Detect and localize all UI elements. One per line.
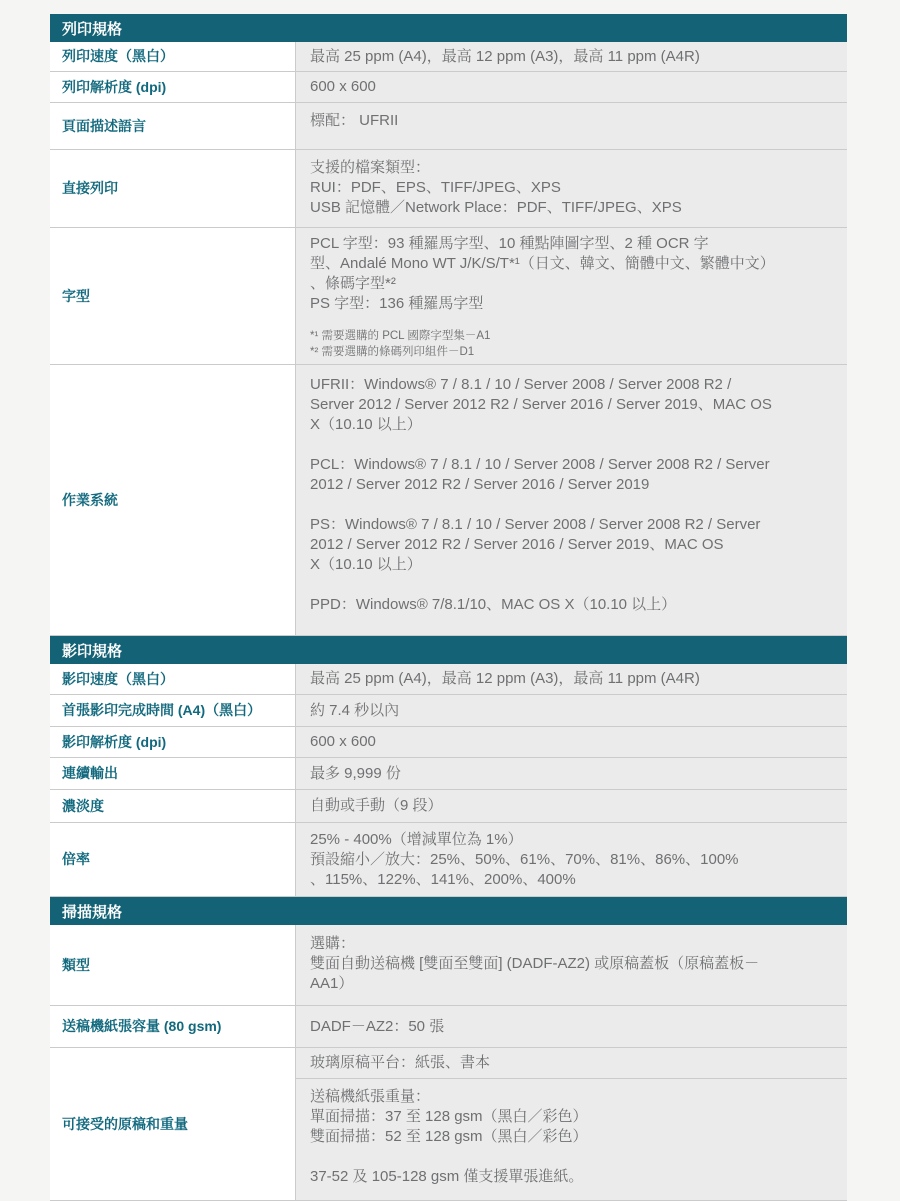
spec-label: 倍率 xyxy=(50,823,295,896)
spec-value-line: PS 字型：136 種羅馬字型 xyxy=(310,294,835,314)
os-paragraph-ppd: PPD：Windows® 7/8.1/10、MAC OS X（10.10 以上） xyxy=(310,595,835,615)
spec-value-line: 最高 25 ppm (A4)，最高 12 ppm (A3)，最高 11 ppm … xyxy=(310,47,835,67)
spec-row-fonts: 字型 PCL 字型：93 種羅馬字型、10 種點陣圖字型、2 種 OCR 字 型… xyxy=(50,228,847,365)
spec-value-line: X（10.10 以上） xyxy=(310,415,835,435)
spec-value-line: PS：Windows® 7 / 8.1 / 10 / Server 2008 /… xyxy=(310,515,835,535)
spec-value: DADF－AZ2：50 張 xyxy=(295,1006,847,1047)
spec-value-line: 雙面掃描：52 至 128 gsm（黑白／彩色） xyxy=(310,1127,835,1147)
spec-value-line: PCL 字型：93 種羅馬字型、10 種點陣圖字型、2 種 OCR 字 xyxy=(310,234,835,254)
spec-value-line: 、115%、122%、141%、200%、400% xyxy=(310,870,835,890)
spec-value-line: 玻璃原稿平台：紙張、書本 xyxy=(310,1053,490,1073)
spec-value-line: 雙面自動送稿機 [雙面至雙面] (DADF-AZ2) 或原稿蓋板（原稿蓋板－ xyxy=(310,954,835,974)
os-paragraph-pcl: PCL：Windows® 7 / 8.1 / 10 / Server 2008 … xyxy=(310,455,835,495)
spec-value-line: UFRII：Windows® 7 / 8.1 / 10 / Server 200… xyxy=(310,375,835,395)
spec-value: 約 7.4 秒以內 xyxy=(295,695,847,726)
spec-row-copy-speed: 影印速度（黑白） 最高 25 ppm (A4)，最高 12 ppm (A3)，最… xyxy=(50,664,847,695)
spec-value-line: 支援的檔案類型： xyxy=(310,158,835,178)
spec-value-line: 型、Andalé Mono WT J/K/S/T*¹（日文、韓文、簡體中文、繁體… xyxy=(310,254,835,274)
spec-value: 標配： UFRII xyxy=(295,103,847,149)
spec-value: UFRII：Windows® 7 / 8.1 / 10 / Server 200… xyxy=(295,365,847,635)
spec-row-copy-resolution: 影印解析度 (dpi) 600 x 600 xyxy=(50,727,847,758)
spec-label: 影印解析度 (dpi) xyxy=(50,727,295,757)
spec-label: 送稿機紙張容量 (80 gsm) xyxy=(50,1006,295,1047)
spec-label: 類型 xyxy=(50,925,295,1005)
spec-row-zoom-ratio: 倍率 25% - 400%（增減單位為 1%） 預設縮小／放大：25%、50%、… xyxy=(50,823,847,897)
spec-value-line: 2012 / Server 2012 R2 / Server 2016 / Se… xyxy=(310,535,835,555)
spec-value-line: DADF－AZ2：50 張 xyxy=(310,1017,835,1037)
spec-row-page-description-language: 頁面描述語言 標配： UFRII xyxy=(50,103,847,150)
spec-value-line: 約 7.4 秒以內 xyxy=(310,701,835,721)
spec-row-direct-print: 直接列印 支援的檔案類型： RUI：PDF、EPS、TIFF/JPEG、XPS … xyxy=(50,150,847,228)
spec-value-line: USB 記憶體／Network Place：PDF、TIFF/JPEG、XPS xyxy=(310,198,835,218)
section-header-copy: 影印規格 xyxy=(50,636,847,664)
spec-label: 影印速度（黑白） xyxy=(50,664,295,694)
spec-value: 自動或手動（9 段） xyxy=(295,790,847,822)
section-header-print: 列印規格 xyxy=(50,14,847,42)
spec-value-line: 600 x 600 xyxy=(310,77,835,97)
spec-value-line: PPD：Windows® 7/8.1/10、MAC OS X（10.10 以上） xyxy=(310,595,835,615)
spec-value-line: 2012 / Server 2012 R2 / Server 2016 / Se… xyxy=(310,475,835,495)
spec-label: 可接受的原稿和重量 xyxy=(50,1048,295,1200)
spec-value-line: 25% - 400%（增減單位為 1%） xyxy=(310,830,835,850)
spec-label: 頁面描述語言 xyxy=(50,103,295,149)
spec-row-feeder-capacity: 送稿機紙張容量 (80 gsm) DADF－AZ2：50 張 xyxy=(50,1006,847,1048)
spec-value-line: 標配： UFRII xyxy=(310,111,835,131)
spec-value: 最高 25 ppm (A4)，最高 12 ppm (A3)，最高 11 ppm … xyxy=(295,664,847,694)
spec-label: 直接列印 xyxy=(50,150,295,227)
spec-label: 首張影印完成時間 (A4)（黑白） xyxy=(50,695,295,726)
spec-row-density: 濃淡度 自動或手動（9 段） xyxy=(50,790,847,823)
spec-value-line: 最多 9,999 份 xyxy=(310,764,835,784)
spec-value: PCL 字型：93 種羅馬字型、10 種點陣圖字型、2 種 OCR 字 型、An… xyxy=(295,228,847,364)
spec-row-first-copy-time: 首張影印完成時間 (A4)（黑白） 約 7.4 秒以內 xyxy=(50,695,847,727)
spec-value: 25% - 400%（增減單位為 1%） 預設縮小／放大：25%、50%、61%… xyxy=(295,823,847,896)
spec-label: 列印解析度 (dpi) xyxy=(50,72,295,102)
os-paragraph-ufrii: UFRII：Windows® 7 / 8.1 / 10 / Server 200… xyxy=(310,375,835,435)
spec-label: 濃淡度 xyxy=(50,790,295,822)
spec-value: 最高 25 ppm (A4)，最高 12 ppm (A3)，最高 11 ppm … xyxy=(295,42,847,71)
spec-value: 600 x 600 xyxy=(295,72,847,102)
spec-label: 字型 xyxy=(50,228,295,364)
spec-value-line: 選購： xyxy=(310,934,835,954)
os-paragraph-ps: PS：Windows® 7 / 8.1 / 10 / Server 2008 /… xyxy=(310,515,835,575)
spec-value-line: Server 2012 / Server 2012 R2 / Server 20… xyxy=(310,395,835,415)
section-header-scan: 掃描規格 xyxy=(50,897,847,925)
spec-label: 列印速度（黑白） xyxy=(50,42,295,71)
spec-value-line: 預設縮小／放大：25%、50%、61%、70%、81%、86%、100% xyxy=(310,850,835,870)
spec-row-continuous-output: 連續輸出 最多 9,999 份 xyxy=(50,758,847,790)
spec-value: 支援的檔案類型： RUI：PDF、EPS、TIFF/JPEG、XPS USB 記… xyxy=(295,150,847,227)
spec-value-line: RUI：PDF、EPS、TIFF/JPEG、XPS xyxy=(310,178,835,198)
spec-label: 作業系統 xyxy=(50,365,295,635)
spec-row-acceptable-originals: 可接受的原稿和重量 玻璃原稿平台：紙張、書本 送稿機紙張重量： 單面掃描：37 … xyxy=(50,1048,847,1201)
spec-table: 列印規格 列印速度（黑白） 最高 25 ppm (A4)，最高 12 ppm (… xyxy=(50,14,847,1201)
spec-value-line: 自動或手動（9 段） xyxy=(310,796,835,816)
spec-row-operating-systems: 作業系統 UFRII：Windows® 7 / 8.1 / 10 / Serve… xyxy=(50,365,847,636)
spec-value-line: 600 x 600 xyxy=(310,732,835,752)
feeder-note: 37-52 及 105-128 gsm 僅支援單張進紙。 xyxy=(310,1167,835,1187)
spec-value: 600 x 600 xyxy=(295,727,847,757)
spec-value-line: 、條碼字型*² xyxy=(310,274,835,294)
spec-label: 連續輸出 xyxy=(50,758,295,789)
spec-row-print-speed: 列印速度（黑白） 最高 25 ppm (A4)，最高 12 ppm (A3)，最… xyxy=(50,42,847,72)
spec-footnote: *¹ 需要選購的 PCL 國際字型集－A1 xyxy=(310,328,835,344)
spec-value: 玻璃原稿平台：紙張、書本 送稿機紙張重量： 單面掃描：37 至 128 gsm（… xyxy=(295,1048,847,1200)
spec-value-line: 送稿機紙張重量： xyxy=(310,1087,835,1107)
spec-value-line: 單面掃描：37 至 128 gsm（黑白／彩色） xyxy=(310,1107,835,1127)
spec-value-line: X（10.10 以上） xyxy=(310,555,835,575)
spec-value: 選購： 雙面自動送稿機 [雙面至雙面] (DADF-AZ2) 或原稿蓋板（原稿蓋… xyxy=(295,925,847,1005)
spec-row-print-resolution: 列印解析度 (dpi) 600 x 600 xyxy=(50,72,847,103)
spec-row-scanner-type: 類型 選購： 雙面自動送稿機 [雙面至雙面] (DADF-AZ2) 或原稿蓋板（… xyxy=(50,925,847,1006)
feeder-sub-row: 送稿機紙張重量： 單面掃描：37 至 128 gsm（黑白／彩色） 雙面掃描：5… xyxy=(296,1078,847,1200)
platen-sub-row: 玻璃原稿平台：紙張、書本 xyxy=(296,1048,847,1078)
spec-footnote: *² 需要選購的條碼列印組件－D1 xyxy=(310,344,835,360)
spec-value-line: AA1） xyxy=(310,974,835,994)
spec-value: 最多 9,999 份 xyxy=(295,758,847,789)
spec-value-line: 最高 25 ppm (A4)，最高 12 ppm (A3)，最高 11 ppm … xyxy=(310,669,835,689)
spec-value-line: PCL：Windows® 7 / 8.1 / 10 / Server 2008 … xyxy=(310,455,835,475)
